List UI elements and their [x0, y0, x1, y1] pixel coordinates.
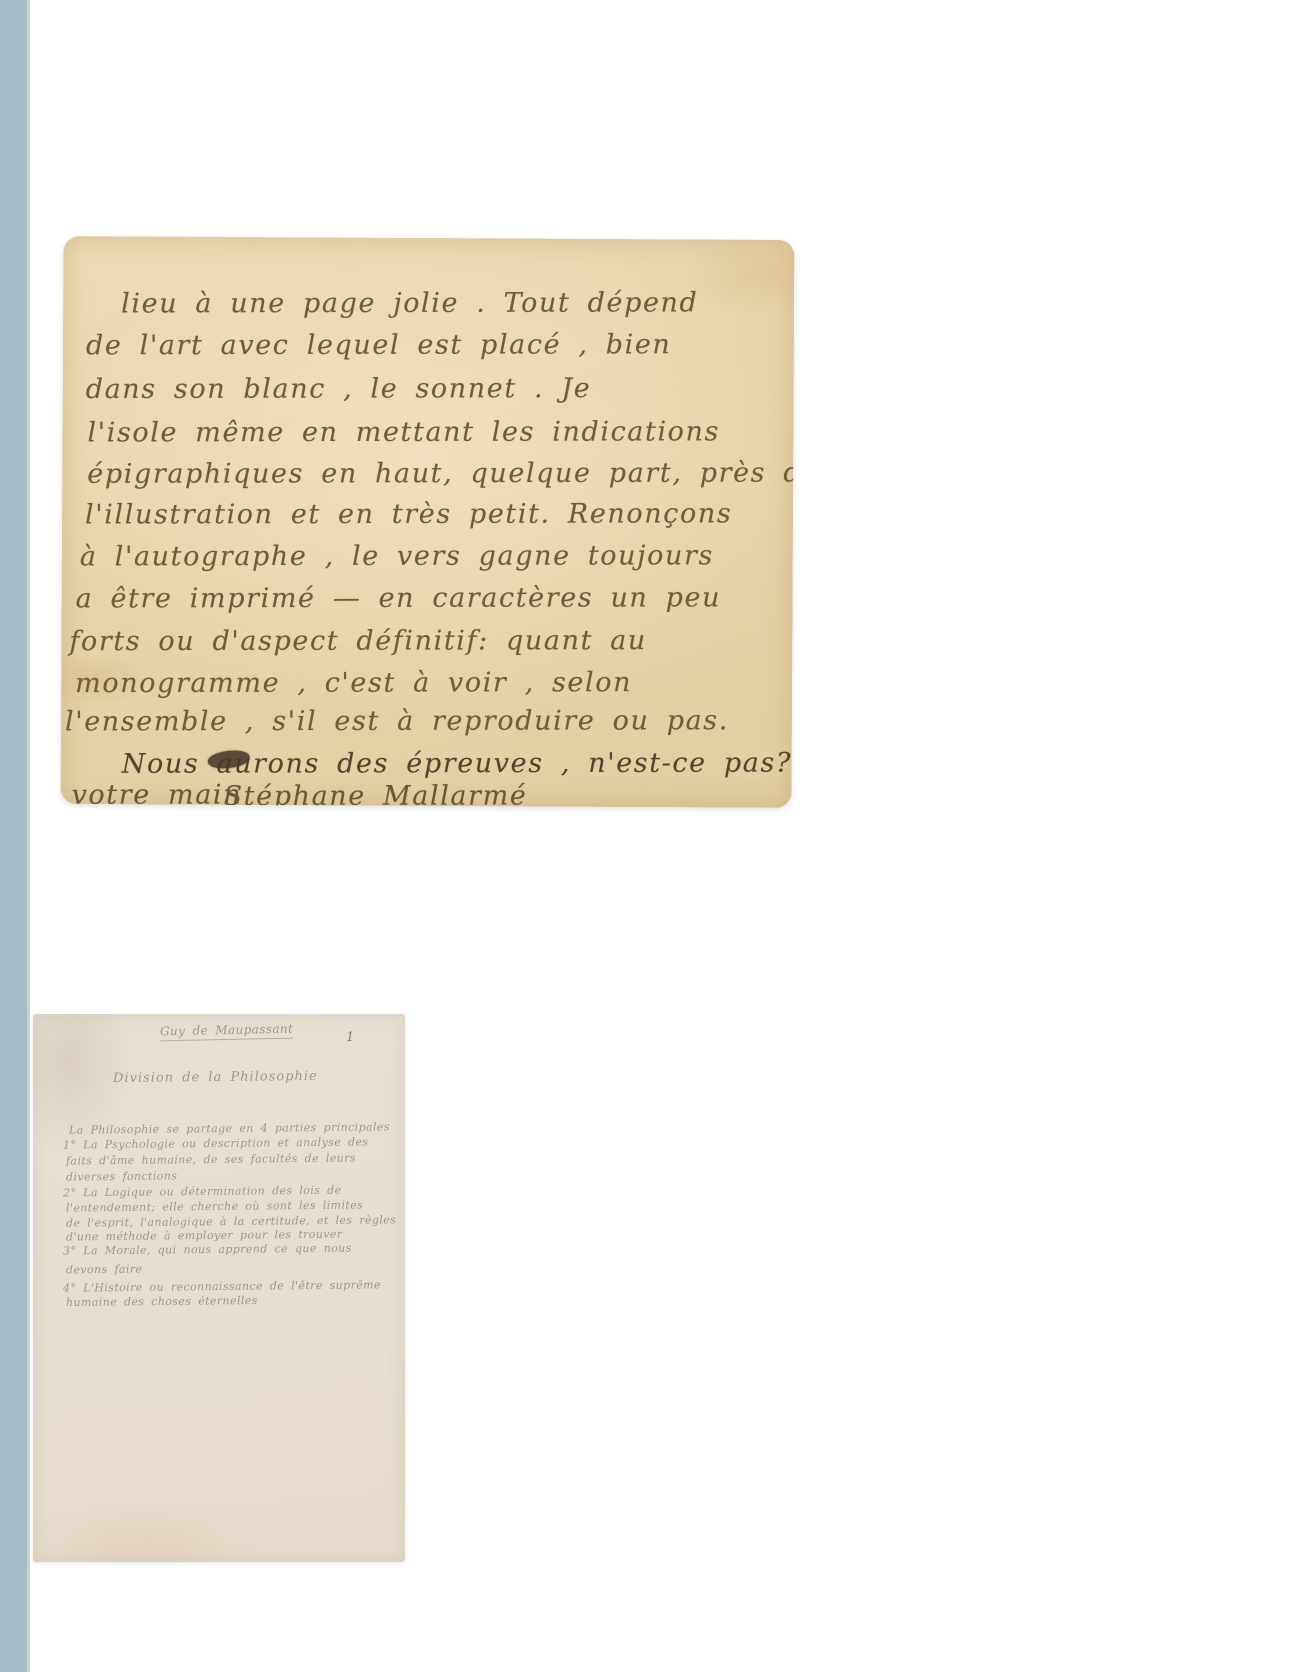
handwriting-line: épigraphiques en haut, quelque part, prè… [87, 457, 794, 489]
catalog-page: lieu à une page jolie . Tout dépend de l… [0, 0, 1301, 1672]
mallarme-letter-image: lieu à une page jolie . Tout dépend de l… [61, 236, 795, 808]
handwriting-line: l'isole même en mettant les indications [87, 416, 720, 448]
handwriting-line: l'ensemble , s'il est à reproduire ou pa… [65, 705, 729, 737]
handwriting-line: monogramme , c'est à voir , selon [75, 667, 632, 699]
handwriting-line: 3° La Morale, qui nous apprend ce que no… [63, 1241, 352, 1257]
handwriting-line: l'entendement; elle cherche où sont les … [66, 1198, 363, 1214]
handwriting-line: lieu à une page jolie . Tout dépend [121, 287, 698, 319]
handwriting-line: humaine des choses éternelles [66, 1294, 258, 1309]
handwriting-line: à l'autographe , le vers gagne toujours [80, 540, 714, 572]
handwriting-line: faits d'âme humaine, de ses facultés de … [66, 1151, 356, 1167]
signature: Stéphane Mallarmé [224, 780, 528, 807]
closing-line: votre main [72, 779, 243, 807]
left-accent-bar [0, 0, 30, 1672]
handwriting-line: diverses fonctions [66, 1169, 177, 1183]
handwriting-line: de l'art avec lequel est placé , bien [86, 329, 672, 361]
handwriting-line: 2° La Logique ou détermination des lois … [63, 1184, 342, 1200]
handwriting-line: La Philosophie se partage en 4 parties p… [69, 1120, 390, 1136]
maupassant-page-image: Guy de Maupassant 1 Division de la Philo… [33, 1014, 405, 1562]
handwriting-line: forts ou d'aspect définitif: quant au [69, 625, 647, 657]
handwriting-line: 4° L'Histoire ou reconnaissance de l'êtr… [63, 1278, 381, 1294]
handwriting-line: a être imprimé — en caractères un peu [76, 582, 722, 614]
handwriting-line: dans son blanc , le sonnet . Je [86, 373, 592, 405]
handwriting-line: de l'esprit, l'analogique à la certitude… [66, 1213, 396, 1229]
handwriting-line: l'illustration et en très petit. Renonço… [85, 498, 732, 530]
handwriting-line: 1° La Psychologie ou description et anal… [63, 1135, 369, 1151]
handwriting-line: devons faire [66, 1263, 142, 1277]
page-number: 1 [346, 1030, 355, 1045]
manuscript-title: Division de la Philosophie [113, 1069, 318, 1086]
manuscript-author-header: Guy de Maupassant [160, 1022, 294, 1042]
